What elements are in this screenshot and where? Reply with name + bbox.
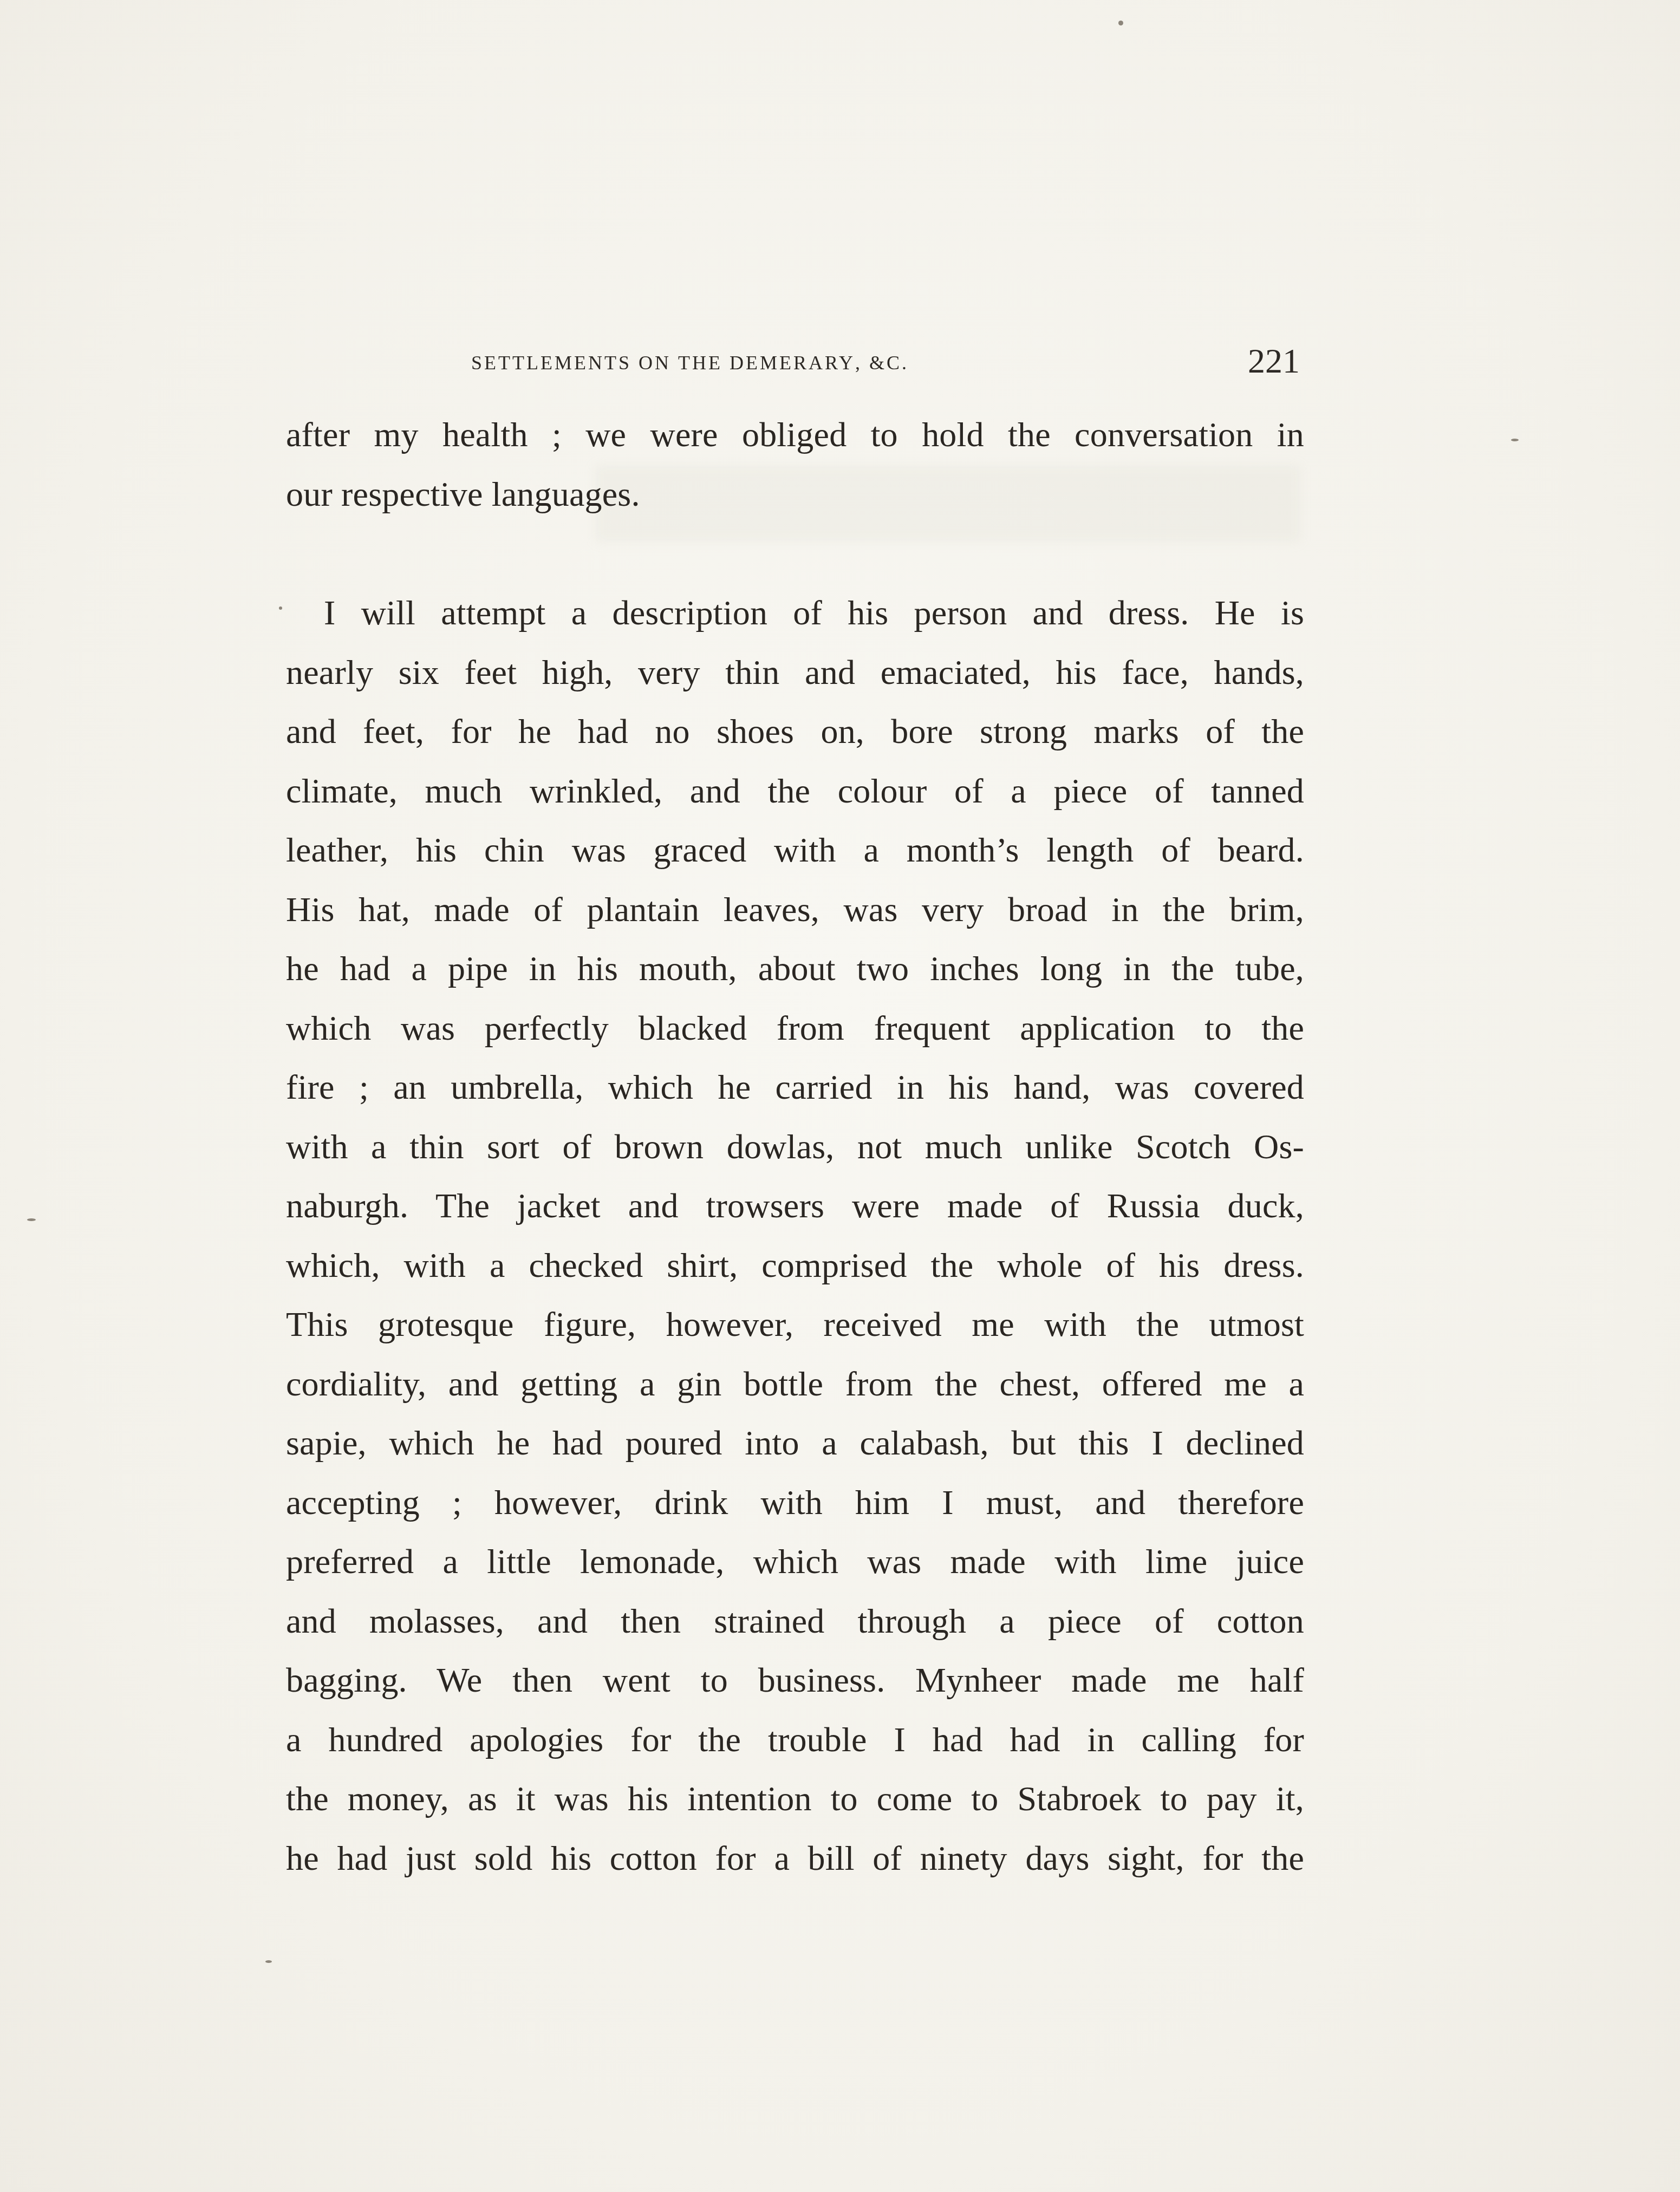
- text-line: climate, much wrinkled, and the colour o…: [286, 761, 1304, 821]
- paragraph-gap: [286, 524, 1304, 583]
- paper-speck: [27, 1218, 36, 1221]
- text-line: and feet, for he had no shoes on, bore s…: [286, 702, 1304, 761]
- paper-speck: [1511, 439, 1519, 441]
- text-line: with a thin sort of brown dowlas, not mu…: [286, 1117, 1304, 1177]
- paper-speck: [265, 1960, 272, 1963]
- running-head: SETTLEMENTS ON THE DEMERARY, &c. 221: [287, 341, 1305, 384]
- text-line: and molasses, and then strained through …: [286, 1591, 1304, 1651]
- text-line: bagging. We then went to business. Mynhe…: [286, 1650, 1304, 1710]
- text-line: cordiality, and getting a gin bottle fro…: [286, 1354, 1304, 1414]
- text-line: This grotesque figure, however, received…: [286, 1295, 1304, 1354]
- text-line: leather, his chin was graced with a mont…: [286, 820, 1304, 880]
- text-line: His hat, made of plantain leaves, was ve…: [286, 880, 1304, 940]
- body-text: after my health ; we were obliged to hol…: [286, 405, 1304, 1888]
- paragraph: I will attempt a description of his pers…: [286, 583, 1304, 1888]
- text-line: fire ; an umbrella, which he carried in …: [286, 1058, 1304, 1117]
- text-line: accepting ; however, drink with him I mu…: [286, 1473, 1304, 1532]
- text-line: a hundred apologies for the trouble I ha…: [286, 1710, 1304, 1770]
- text-line: he had just sold his cotton for a bill o…: [286, 1829, 1304, 1888]
- running-head-title: SETTLEMENTS ON THE DEMERARY, &c.: [471, 344, 909, 376]
- text-line: I will attempt a description of his pers…: [286, 583, 1304, 643]
- text-line: the money, as it was his intention to co…: [286, 1769, 1304, 1829]
- text-line: sapie, which he had poured into a calaba…: [286, 1413, 1304, 1473]
- text-line: our respective languages.: [286, 465, 1304, 524]
- text-line: after my health ; we were obliged to hol…: [286, 405, 1304, 465]
- text-line: nearly six feet high, very thin and emac…: [286, 643, 1304, 702]
- paper-speck: [279, 606, 282, 610]
- text-line: which was perfectly blacked from frequen…: [286, 999, 1304, 1058]
- paragraph: after my health ; we were obliged to hol…: [286, 405, 1304, 524]
- book-page: SETTLEMENTS ON THE DEMERARY, &c. 221 aft…: [0, 0, 1680, 2192]
- text-line: which, with a checked shirt, comprised t…: [286, 1236, 1304, 1295]
- page-number: 221: [1248, 341, 1300, 381]
- text-line: naburgh. The jacket and trowsers were ma…: [286, 1176, 1304, 1236]
- text-line: preferred a little lemonade, which was m…: [286, 1532, 1304, 1591]
- text-line: he had a pipe in his mouth, about two in…: [286, 939, 1304, 999]
- paper-speck: [1118, 21, 1123, 25]
